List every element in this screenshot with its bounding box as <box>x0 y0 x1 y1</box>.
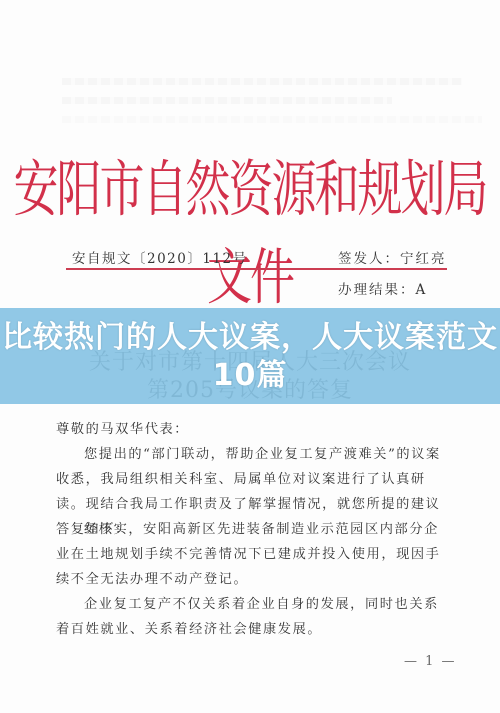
banner-title: 比较热门的人大议案，人大议案范文10篇 <box>0 319 500 395</box>
bleed-through-line <box>62 116 482 123</box>
result-value: A <box>416 282 428 298</box>
result-label: 办理结果： <box>338 282 416 298</box>
red-divider-rule <box>66 268 447 270</box>
document-page: 安阳市自然资源和规划局文件 安自规文〔2020〕112号 签发人：宁红亮 办理结… <box>0 0 500 713</box>
page-number: — 1 — <box>404 654 457 669</box>
bleed-through-line <box>62 78 462 85</box>
salutation: 尊敬的马双华代表： <box>56 417 451 442</box>
signer: 签发人：宁红亮 <box>338 247 447 267</box>
bleed-through-line <box>62 97 392 104</box>
signer-name: 宁红亮 <box>400 251 447 267</box>
handling-result: 办理结果：A <box>338 278 427 298</box>
signer-label: 签发人： <box>338 251 400 267</box>
paragraph-2: 经核实，安阳高新区先进装备制造业示范园区内部分企业在土地规划手续不完善情况下已建… <box>56 517 451 592</box>
document-number: 安自规文〔2020〕112号 <box>72 247 248 267</box>
paragraph-3: 企业复工复产不仅关系着企业自身的发展，同时也关系着百姓就业、关系着经济社会健康发… <box>56 592 451 642</box>
